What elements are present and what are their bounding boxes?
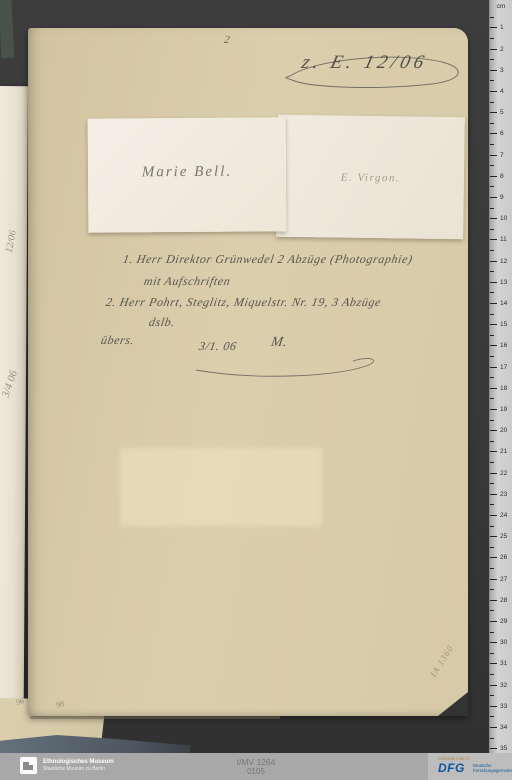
ruler-major-tick [490,579,497,580]
ruler-major-tick [490,451,497,452]
handwritten-accession-note: z. E. 12/06 [299,52,430,74]
ruler-half-tick [490,547,494,548]
ruler-ticks: 1234567891011121314151617181920212223242… [490,0,512,780]
card-printed-name: E. Virgon. [277,171,464,186]
page-corner-cut [438,692,468,716]
ruler-major-tick [490,91,497,92]
ruler-number: 14 [500,300,512,307]
manuscript-initial: M. [270,335,289,351]
ruler-major-tick [490,324,497,325]
ruler-half-tick [490,632,494,633]
ruler-major-tick [490,706,497,707]
ruler-half-tick [490,102,494,103]
ruler-number: 19 [500,406,512,413]
ruler-number: 6 [500,130,512,137]
card-printed-name: Marie Bell. [88,163,286,181]
ruler-major-tick [490,409,497,410]
ruler-half-tick [490,59,494,60]
ruler-major-tick [490,303,497,304]
edge-handwriting-fragment: 3/4 06 [0,369,20,399]
ruler-major-tick [490,367,497,368]
ruler-half-tick [490,271,494,272]
ruler-major-tick [490,197,497,198]
dfg-logo: DFG [438,761,465,775]
ruler-major-tick [490,663,497,664]
manuscript-line: mit Aufschriften [143,274,232,289]
ruler-half-tick [490,526,494,527]
ruler-number: 17 [500,364,512,371]
ruler-half-tick [490,738,494,739]
ruler-major-tick [490,27,497,28]
ruler-number: 31 [500,660,512,667]
underline-flourish [196,358,374,376]
ruler-major-tick [490,70,497,71]
ruler: cm 1234567891011121314151617181920212223… [489,0,512,780]
ruler-major-tick [490,557,497,558]
ruler-number: 28 [500,597,512,604]
ruler-half-tick [490,674,494,675]
ruler-half-tick [490,398,494,399]
manuscript-line: übers. [100,333,136,348]
ruler-half-tick [490,186,494,187]
ruler-number: 27 [500,576,512,583]
ruler-half-tick [490,377,494,378]
ruler-major-tick [490,261,497,262]
manuscript-line: dslb. [148,315,177,330]
ruler-half-tick [490,695,494,696]
ruler-number: 29 [500,618,512,625]
ruler-major-tick [490,600,497,601]
ruler-major-tick [490,239,497,240]
ruler-number: 5 [500,109,512,116]
underlying-page-edge: 12/06 3/4 06 [0,86,28,758]
ruler-half-tick [490,80,494,81]
ruler-half-tick [490,229,494,230]
ruler-half-tick [490,504,494,505]
ruler-half-tick [490,610,494,611]
visiting-card-marie-bell: Marie Bell. [88,117,287,232]
ruler-number: 22 [500,470,512,477]
ruler-half-tick [490,716,494,717]
ruler-major-tick [490,642,497,643]
ruler-half-tick [490,292,494,293]
ruler-major-tick [490,515,497,516]
ruler-half-tick [490,208,494,209]
ruler-number: 32 [500,682,512,689]
ruler-number: 15 [500,321,512,328]
ruler-half-tick [490,335,494,336]
ruler-number: 23 [500,491,512,498]
ruler-half-tick [490,314,494,315]
ruler-number: 25 [500,533,512,540]
ruler-half-tick [490,441,494,442]
ruler-number: 8 [500,173,512,180]
ruler-half-tick [490,123,494,124]
ruler-number: 34 [500,724,512,731]
funder-name: Deutsche Forschungsgemeinschaft [473,763,512,774]
book-spine-sliver [0,0,15,58]
ruler-half-tick [490,144,494,145]
ruler-half-tick [490,420,494,421]
ruler-major-tick [490,536,497,537]
ruler-number: 20 [500,427,512,434]
ruler-number: 12 [500,258,512,265]
ruler-major-tick [490,388,497,389]
ruler-number: 4 [500,88,512,95]
ruler-major-tick [490,176,497,177]
ruler-major-tick [490,112,497,113]
ruler-number: 13 [500,279,512,286]
ruler-number: 26 [500,554,512,561]
funder-name-line: Forschungsgemeinschaft [473,768,512,773]
removed-item-ghost-mark [120,448,322,526]
ruler-half-tick [490,250,494,251]
ruler-number: 9 [500,194,512,201]
ruler-number: 21 [500,448,512,455]
ruler-major-tick [490,685,497,686]
edge-handwriting-fragment: 12/06 [4,229,19,253]
scan-footer-bar: Ethnologisches Museum Staatliche Museen … [0,753,512,780]
visiting-card-e-virgon: E. Virgon. [276,115,465,240]
ruler-major-tick [490,218,497,219]
scanned-archive-page: 12/06 3/4 06 96 98 2 z. E. 12/06 Marie B… [0,0,512,780]
ruler-number: 30 [500,639,512,646]
ruler-number: 10 [500,215,512,222]
funder-label: Gefördert durch DFG Deutsche Forschungsg… [428,753,512,780]
ruler-major-tick [490,49,497,50]
ruler-half-tick [490,17,494,18]
ruler-major-tick [490,282,497,283]
ruler-number: 16 [500,342,512,349]
ruler-major-tick [490,748,497,749]
ruler-number: 11 [500,236,512,243]
ruler-number: 35 [500,745,512,752]
ruler-major-tick [490,494,497,495]
ruler-number: 2 [500,46,512,53]
ruler-major-tick [490,727,497,728]
ruler-number: 1 [500,24,512,31]
ruler-half-tick [490,462,494,463]
ruler-half-tick [490,589,494,590]
ruler-half-tick [490,483,494,484]
pencil-edge-mark: 98 [55,699,64,709]
bottom-page-edge [30,716,280,719]
ruler-half-tick [490,653,494,654]
manuscript-line: 3/1. 06 [198,339,238,354]
ruler-number: 7 [500,152,512,159]
ruler-half-tick [490,356,494,357]
manuscript-line: 1. Herr Direktor Grünwedel 2 Abzüge (Pho… [122,252,414,267]
ruler-number: 24 [500,512,512,519]
ruler-half-tick [490,165,494,166]
ruler-major-tick [490,345,497,346]
ruler-half-tick [490,568,494,569]
ruler-number: 3 [500,67,512,74]
ruler-number: 33 [500,703,512,710]
ruler-number: 18 [500,385,512,392]
ruler-major-tick [490,133,497,134]
ruler-major-tick [490,473,497,474]
ruler-major-tick [490,430,497,431]
album-page: 2 z. E. 12/06 Marie Bell. E. Virgon. 1. … [28,28,468,716]
manuscript-line: 2. Herr Pohrt, Steglitz, Miquelstr. Nr. … [105,295,383,310]
ruler-half-tick [490,38,494,39]
ruler-major-tick [490,155,497,156]
ruler-major-tick [490,621,497,622]
